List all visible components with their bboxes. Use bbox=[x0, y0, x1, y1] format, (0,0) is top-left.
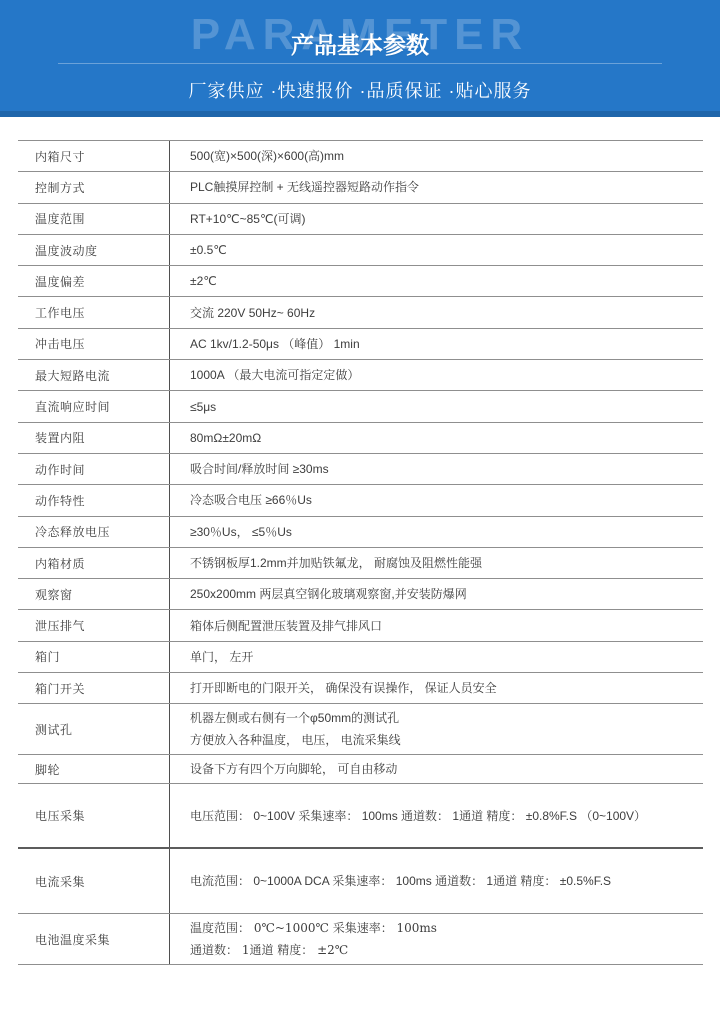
table-row: 电流采集电流范围： 0~1000A DCA 采集速率： 100ms 通道数： 1… bbox=[18, 849, 703, 914]
table-row: 温度波动度±0.5℃ bbox=[18, 235, 703, 266]
table-row: 箱门开关打开即断电的门限开关， 确保没有误操作， 保证人员安全 bbox=[18, 673, 703, 704]
table-row: 温度范围RT+10℃~85℃(可调) bbox=[18, 204, 703, 235]
param-label: 动作特性 bbox=[18, 485, 170, 515]
table-row: 温度偏差±2℃ bbox=[18, 266, 703, 297]
param-value: 吸合时间/释放时间 ≥30ms bbox=[170, 454, 703, 484]
param-value-line: 打开即断电的门限开关， 确保没有误操作， 保证人员安全 bbox=[190, 677, 693, 699]
param-value: 500(宽)×500(深)×600(高)mm bbox=[170, 141, 703, 171]
param-value-line: 单门， 左开 bbox=[190, 646, 693, 668]
param-value: 电压范围： 0~100V 采集速率： 100ms 通道数： 1通道 精度： ±0… bbox=[170, 784, 703, 847]
param-label: 脚轮 bbox=[18, 755, 170, 783]
param-value: ≤5μs bbox=[170, 391, 703, 421]
param-label: 工作电压 bbox=[18, 297, 170, 327]
param-label: 电池温度采集 bbox=[18, 914, 170, 964]
table-row: 控制方式PLC触摸屏控制 + 无线遥控器短路动作指令 bbox=[18, 172, 703, 203]
param-value-line: ±0.5℃ bbox=[190, 239, 693, 261]
param-value-line: ≤5μs bbox=[190, 396, 693, 418]
header-divider bbox=[58, 63, 662, 64]
table-row: 动作时间吸合时间/释放时间 ≥30ms bbox=[18, 454, 703, 485]
param-value-line: ±2℃ bbox=[190, 270, 693, 292]
param-value-line: PLC触摸屏控制 + 无线遥控器短路动作指令 bbox=[190, 176, 693, 198]
param-value: 温度范围： 0℃~1000℃ 采集速率： 100ms通道数： 1通道 精度： ±… bbox=[170, 914, 703, 964]
header-tagline: 厂家供应 ·快速报价 ·品质保证 ·贴心服务 bbox=[0, 77, 720, 103]
param-label: 箱门开关 bbox=[18, 673, 170, 703]
param-label: 温度偏差 bbox=[18, 266, 170, 296]
param-value-line: 方便放入各种温度， 电压， 电流采集线 bbox=[190, 729, 693, 751]
param-value: 打开即断电的门限开关， 确保没有误操作， 保证人员安全 bbox=[170, 673, 703, 703]
table-row: 最大短路电流1000A （最大电流可指定定做） bbox=[18, 360, 703, 391]
param-label: 温度波动度 bbox=[18, 235, 170, 265]
param-label: 内箱尺寸 bbox=[18, 141, 170, 171]
page-title: 产品基本参数 bbox=[0, 27, 720, 60]
param-label: 装置内阻 bbox=[18, 423, 170, 453]
param-label: 最大短路电流 bbox=[18, 360, 170, 390]
param-label: 泄压排气 bbox=[18, 610, 170, 640]
param-value-line: ≥30％Us， ≤5％Us bbox=[190, 521, 693, 543]
param-value: 1000A （最大电流可指定定做） bbox=[170, 360, 703, 390]
param-label: 观察窗 bbox=[18, 579, 170, 609]
param-value-line: 通道数： 1通道 精度： ±2℃ bbox=[190, 939, 693, 961]
param-value-line: 80mΩ±20mΩ bbox=[190, 427, 693, 449]
param-value-line: RT+10℃~85℃(可调) bbox=[190, 208, 693, 230]
param-value: ±0.5℃ bbox=[170, 235, 703, 265]
param-label: 测试孔 bbox=[18, 704, 170, 754]
table-row: 测试孔机器左侧或右侧有一个φ50mm的测试孔方便放入各种温度， 电压， 电流采集… bbox=[18, 704, 703, 755]
table-row: 观察窗250x200mm 两层真空钢化玻璃观察窗,并安装防爆网 bbox=[18, 579, 703, 610]
table-row: 箱门单门， 左开 bbox=[18, 642, 703, 673]
param-value-line: 温度范围： 0℃~1000℃ 采集速率： 100ms bbox=[190, 917, 693, 939]
table-row: 内箱尺寸500(宽)×500(深)×600(高)mm bbox=[18, 141, 703, 172]
param-value: 冷态吸合电压 ≥66％Us bbox=[170, 485, 703, 515]
param-value: 箱体后侧配置泄压装置及排气排风口 bbox=[170, 610, 703, 640]
table-row: 电池温度采集温度范围： 0℃~1000℃ 采集速率： 100ms通道数： 1通道… bbox=[18, 914, 703, 965]
table-row: 直流响应时间≤5μs bbox=[18, 391, 703, 422]
param-value: 机器左侧或右侧有一个φ50mm的测试孔方便放入各种温度， 电压， 电流采集线 bbox=[170, 704, 703, 754]
param-label: 电流采集 bbox=[18, 849, 170, 913]
param-value: 单门， 左开 bbox=[170, 642, 703, 672]
param-value: 80mΩ±20mΩ bbox=[170, 423, 703, 453]
table-row: 工作电压交流 220V 50Hz~ 60Hz bbox=[18, 297, 703, 328]
param-value-line: 冷态吸合电压 ≥66％Us bbox=[190, 489, 693, 511]
table-row: 冲击电压AC 1kv/1.2-50μs （峰值） 1min bbox=[18, 329, 703, 360]
param-label: 直流响应时间 bbox=[18, 391, 170, 421]
param-value-line: 交流 220V 50Hz~ 60Hz bbox=[190, 302, 693, 324]
param-value-line: 250x200mm 两层真空钢化玻璃观察窗,并安装防爆网 bbox=[190, 583, 693, 605]
param-label: 冷态释放电压 bbox=[18, 517, 170, 547]
param-value: PLC触摸屏控制 + 无线遥控器短路动作指令 bbox=[170, 172, 703, 202]
param-label: 电压采集 bbox=[18, 784, 170, 847]
parameter-table: 内箱尺寸500(宽)×500(深)×600(高)mm控制方式PLC触摸屏控制 +… bbox=[18, 140, 703, 965]
header-banner: PARAMETER 产品基本参数 厂家供应 ·快速报价 ·品质保证 ·贴心服务 bbox=[0, 0, 720, 117]
table-row: 电压采集电压范围： 0~100V 采集速率： 100ms 通道数： 1通道 精度… bbox=[18, 784, 703, 849]
param-label: 动作时间 bbox=[18, 454, 170, 484]
param-value-line: 不锈钢板厚1.2mm并加贴铁氟龙， 耐腐蚀及阻燃性能强 bbox=[190, 552, 693, 574]
param-value-line: 箱体后侧配置泄压装置及排气排风口 bbox=[190, 615, 693, 637]
param-label: 内箱材质 bbox=[18, 548, 170, 578]
param-value: 交流 220V 50Hz~ 60Hz bbox=[170, 297, 703, 327]
param-label: 温度范围 bbox=[18, 204, 170, 234]
param-value: RT+10℃~85℃(可调) bbox=[170, 204, 703, 234]
table-row: 装置内阻80mΩ±20mΩ bbox=[18, 423, 703, 454]
page: PARAMETER 产品基本参数 厂家供应 ·快速报价 ·品质保证 ·贴心服务 … bbox=[0, 0, 720, 117]
table-row: 动作特性冷态吸合电压 ≥66％Us bbox=[18, 485, 703, 516]
table-row: 冷态释放电压≥30％Us， ≤5％Us bbox=[18, 517, 703, 548]
param-value: 设备下方有四个万向脚轮， 可自由移动 bbox=[170, 755, 703, 783]
param-value-line: 机器左侧或右侧有一个φ50mm的测试孔 bbox=[190, 707, 693, 729]
table-row: 脚轮设备下方有四个万向脚轮， 可自由移动 bbox=[18, 755, 703, 784]
param-value-line: 电压范围： 0~100V 采集速率： 100ms 通道数： 1通道 精度： ±0… bbox=[190, 805, 693, 827]
param-value-line: 1000A （最大电流可指定定做） bbox=[190, 364, 693, 386]
param-value: 不锈钢板厚1.2mm并加贴铁氟龙， 耐腐蚀及阻燃性能强 bbox=[170, 548, 703, 578]
param-value: 250x200mm 两层真空钢化玻璃观察窗,并安装防爆网 bbox=[170, 579, 703, 609]
param-label: 冲击电压 bbox=[18, 329, 170, 359]
param-value-line: 500(宽)×500(深)×600(高)mm bbox=[190, 145, 693, 167]
param-value-line: AC 1kv/1.2-50μs （峰值） 1min bbox=[190, 333, 693, 355]
param-value: ±2℃ bbox=[170, 266, 703, 296]
param-value-line: 吸合时间/释放时间 ≥30ms bbox=[190, 458, 693, 480]
param-label: 箱门 bbox=[18, 642, 170, 672]
param-value-line: 设备下方有四个万向脚轮， 可自由移动 bbox=[190, 758, 693, 780]
param-label: 控制方式 bbox=[18, 172, 170, 202]
param-value: AC 1kv/1.2-50μs （峰值） 1min bbox=[170, 329, 703, 359]
table-row: 内箱材质不锈钢板厚1.2mm并加贴铁氟龙， 耐腐蚀及阻燃性能强 bbox=[18, 548, 703, 579]
param-value: 电流范围： 0~1000A DCA 采集速率： 100ms 通道数： 1通道 精… bbox=[170, 849, 703, 913]
param-value: ≥30％Us， ≤5％Us bbox=[170, 517, 703, 547]
param-value-line: 电流范围： 0~1000A DCA 采集速率： 100ms 通道数： 1通道 精… bbox=[190, 870, 693, 892]
table-row: 泄压排气箱体后侧配置泄压装置及排气排风口 bbox=[18, 610, 703, 641]
